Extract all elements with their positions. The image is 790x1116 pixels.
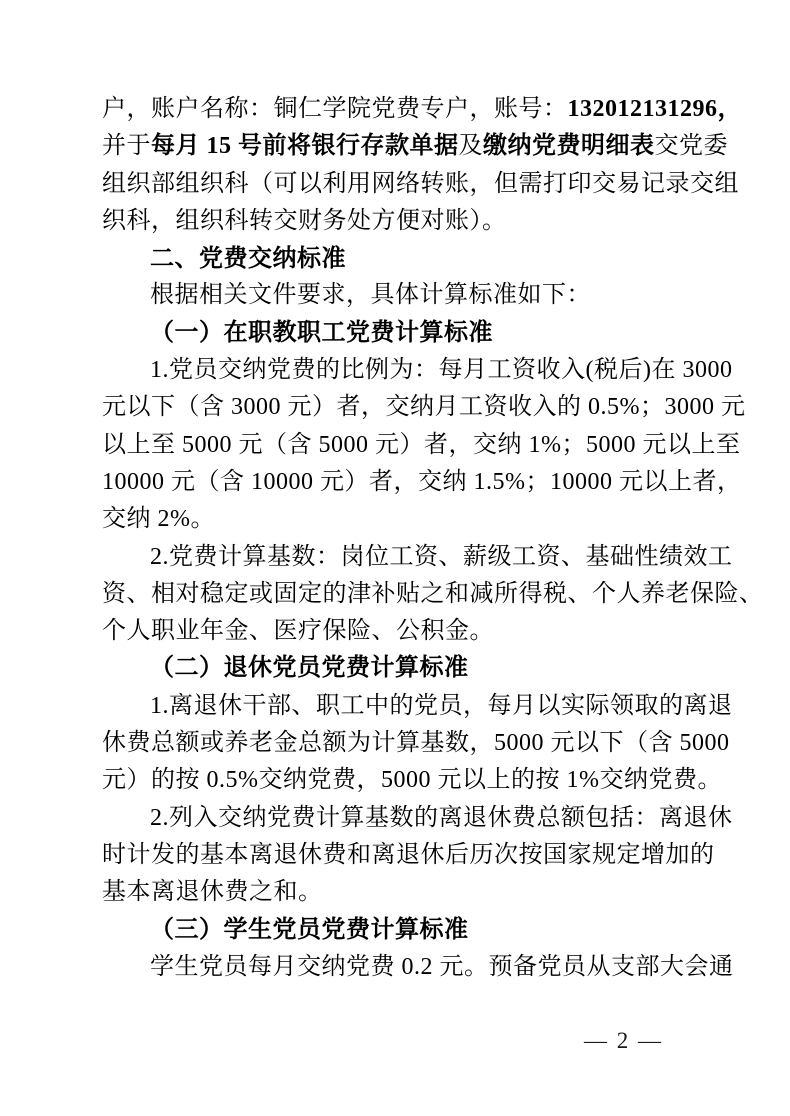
text-segment: 根据相关文件要求，具体计算标准如下： [150,282,591,308]
text-segment: 及 [459,133,484,159]
text-line: 交纳 2%。 [102,501,708,538]
bold-text-segment: 每月 15 号前将银行存款单据 [151,133,459,159]
text-line: 10000 元（含 10000 元）者，交纳 1.5%；10000 元以上者， [102,464,708,501]
subsection-heading-2: （二）退休党员党费计算标准 [102,650,708,687]
text-line: 组织部组织科（可以利用网络转账，但需打印交易记录交组 [102,166,708,203]
retiree-rate-paragraph: 1.离退休干部、职工中的党员，每月以实际领取的离退休费总额或养老金总额为计算基数… [102,688,708,800]
retiree-base-paragraph: 2.列入交纳党费计算基数的离退休费总额包括：离退休时计发的基本离退休费和离退休后… [102,800,708,912]
text-line: 学生党员每月交纳党费 0.2 元。预备党员从支部大会通 [102,949,708,986]
student-rate-paragraph: 学生党员每月交纳党费 0.2 元。预备党员从支部大会通 [102,949,708,986]
bold-text-segment: （二）退休党员党费计算标准 [150,655,469,681]
text-segment: 元以下（含 3000 元）者，交纳月工资收入的 0.5%；3000 元 [102,394,746,420]
bold-text-segment: 二、党费交纳标准 [150,245,346,272]
text-segment: 1.离退休干部、职工中的党员，每月以实际领取的离退 [150,693,733,719]
text-line: 1.离退休干部、职工中的党员，每月以实际领取的离退 [102,688,708,725]
text-line: （一）在职教职工党费计算标准 [102,315,708,352]
text-line: 元以下（含 3000 元）者，交纳月工资收入的 0.5%；3000 元 [102,389,708,426]
text-line: 织科，组织科转交财务处方便对账）。 [102,203,708,240]
text-line: 并于每月 15 号前将银行存款单据及缴纳党费明细表交党委 [102,128,708,165]
text-line: 个人职业年金、医疗保险、公积金。 [102,613,708,650]
text-line: 二、党费交纳标准 [102,240,708,277]
account-info-paragraph: 户，账户名称：铜仁学院党费专户，账号：132012131296，并于每月 15 … [102,91,708,240]
text-segment: 织科，组织科转交财务处方便对账）。 [102,208,507,234]
text-segment: 交纳 2%。 [102,506,215,532]
calculation-base-paragraph: 2.党费计算基数：岗位工资、薪级工资、基础性绩效工资、相对稳定或固定的津补贴之和… [102,539,708,651]
text-segment: 基本离退休费之和。 [102,879,323,905]
text-line: 2.列入交纳党费计算基数的离退休费总额包括：离退休 [102,800,708,837]
text-line: 基本离退休费之和。 [102,874,708,911]
text-segment: 交党委 [655,133,729,159]
text-line: 根据相关文件要求，具体计算标准如下： [102,277,708,314]
text-line: 元）的按 0.5%交纳党费，5000 元以上的按 1%交纳党费。 [102,762,708,799]
text-segment: 组织部组织科（可以利用网络转账，但需打印交易记录交组 [102,171,739,197]
text-segment: 1.党员交纳党费的比例为：每月工资收入(税后)在 3000 [150,357,732,383]
text-line: 1.党员交纳党费的比例为：每月工资收入(税后)在 3000 [102,352,708,389]
subsection-heading-1: （一）在职教职工党费计算标准 [102,315,708,352]
bold-text-segment: 缴纳党费明细表 [483,133,655,159]
text-line: （二）退休党员党费计算标准 [102,650,708,687]
text-line: 时计发的基本离退休费和离退休后历次按国家规定增加的 [102,837,708,874]
text-segment: 休费总额或养老金总额为计算基数，5000 元以下（含 5000 [102,730,730,756]
text-segment: 10000 元（含 10000 元）者，交纳 1.5%；10000 元以上者， [102,469,742,495]
text-segment: 以上至 5000 元（含 5000 元）者，交纳 1%；5000 元以上至 [102,432,741,458]
text-line: 以上至 5000 元（含 5000 元）者，交纳 1%；5000 元以上至 [102,427,708,464]
document-body: 户，账户名称：铜仁学院党费专户，账号：132012131296，并于每月 15 … [102,91,708,986]
text-segment: 元）的按 0.5%交纳党费，5000 元以上的按 1%交纳党费。 [102,767,722,793]
text-line: （三）学生党员党费计算标准 [102,912,708,949]
text-line: 休费总额或养老金总额为计算基数，5000 元以下（含 5000 [102,725,708,762]
text-line: 资、相对稳定或固定的津补贴之和减所得税、个人养老保险、 [102,576,708,613]
text-segment: 资、相对稳定或固定的津补贴之和减所得税、个人养老保险、 [102,581,764,607]
text-line: 户，账户名称：铜仁学院党费专户，账号：132012131296， [102,91,708,128]
text-line: 2.党费计算基数：岗位工资、薪级工资、基础性绩效工 [102,539,708,576]
bold-text-segment: （三）学生党员党费计算标准 [150,917,469,943]
text-segment: 2.党费计算基数：岗位工资、薪级工资、基础性绩效工 [150,544,733,570]
subsection-heading-3: （三）学生党员党费计算标准 [102,912,708,949]
text-segment: 并于 [102,133,151,159]
page-number: — 2 — [584,1029,663,1053]
document-page: 户，账户名称：铜仁学院党费专户，账号：132012131296，并于每月 15 … [0,0,790,1116]
bold-text-segment: 132012131296， [568,96,743,122]
text-segment: 2.列入交纳党费计算基数的离退休费总额包括：离退休 [150,805,733,831]
section-heading-2: 二、党费交纳标准 [102,240,708,277]
employee-rate-paragraph: 1.党员交纳党费的比例为：每月工资收入(税后)在 3000元以下（含 3000 … [102,352,708,538]
text-segment: 个人职业年金、医疗保险、公积金。 [102,618,494,644]
bold-text-segment: （一）在职教职工党费计算标准 [150,320,493,346]
text-segment: 学生党员每月交纳党费 0.2 元。预备党员从支部大会通 [150,954,734,980]
text-segment: 户，账户名称：铜仁学院党费专户，账号： [102,96,568,122]
intro-paragraph: 根据相关文件要求，具体计算标准如下： [102,277,708,314]
text-segment: 时计发的基本离退休费和离退休后历次按国家规定增加的 [102,842,715,868]
